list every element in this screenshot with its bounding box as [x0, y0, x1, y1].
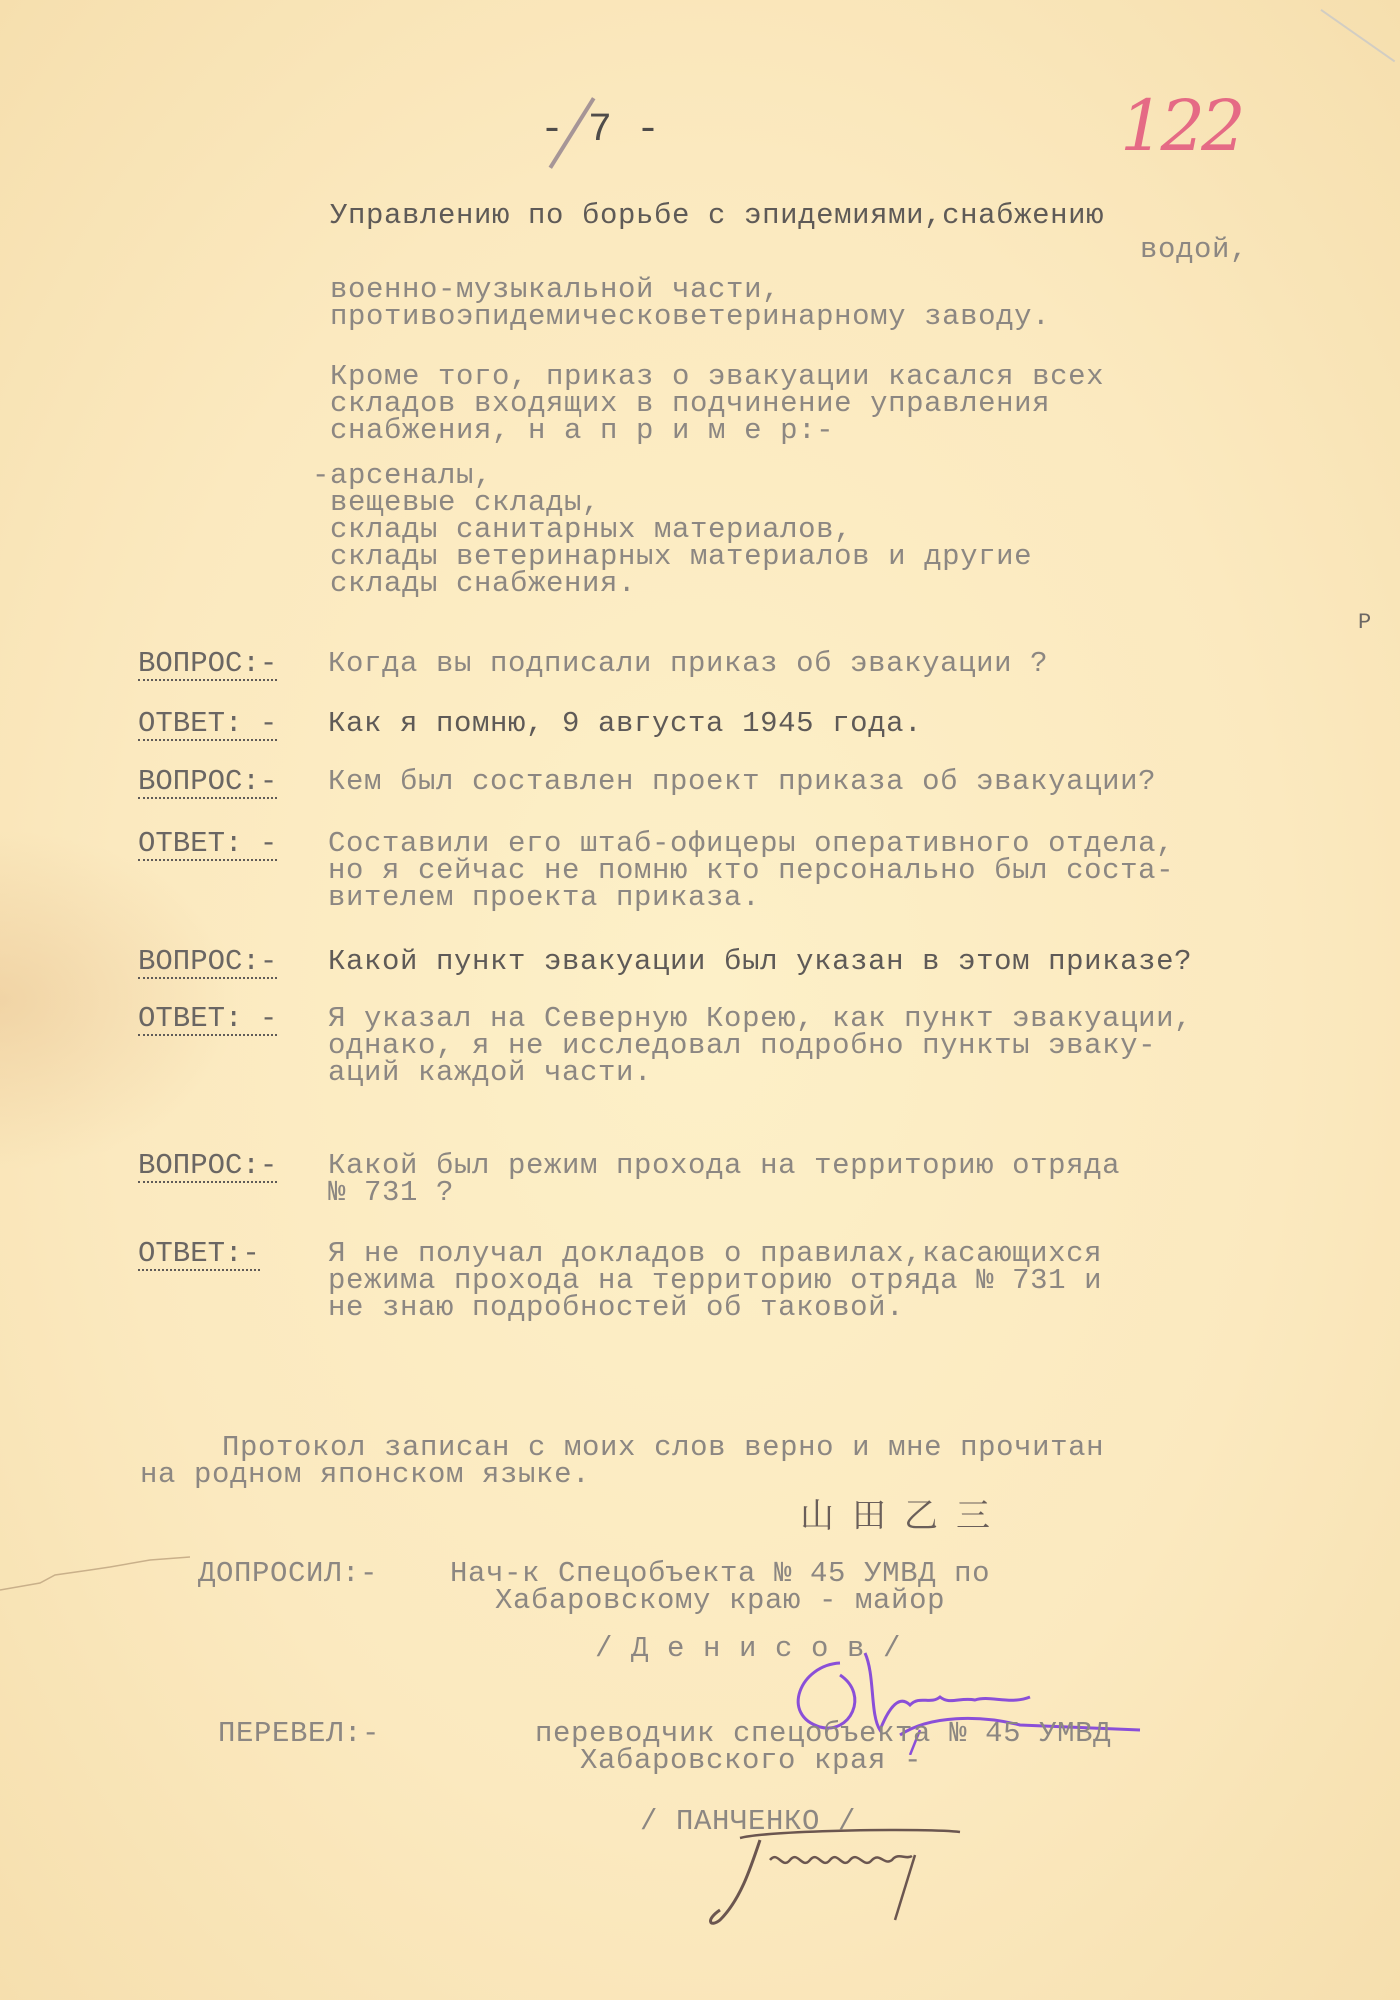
paragraph-line: снабжения, н а п р и м е р:- — [330, 417, 834, 445]
intro-line: Управлению по борьбе с эпидемиями,снабже… — [330, 202, 1104, 230]
question-text: Когда вы подписали приказ об эвакуации ? — [328, 650, 1048, 678]
translator-signature — [700, 1820, 990, 1930]
intro-line: водой, — [1140, 236, 1248, 264]
answer-text: Как я помню, 9 августа 1945 года. — [328, 710, 922, 738]
closing-line: на родном японском языке. — [140, 1461, 590, 1489]
answer-label: ОТВЕТ: - — [138, 830, 277, 861]
question-label: ВОПРОС:- — [138, 650, 277, 681]
translator-label: ПЕРЕВЕЛ:- — [218, 1720, 380, 1748]
answer-label: ОТВЕТ: - — [138, 1005, 277, 1036]
japanese-signature: 山田乙三 — [800, 1488, 1008, 1537]
answer-label: ОТВЕТ:- — [138, 1240, 260, 1271]
question-label: ВОПРОС:- — [138, 948, 277, 979]
answer-text: вителем проекта приказа. — [328, 884, 760, 912]
page-number: - 7 - — [540, 108, 660, 153]
paper-crack — [0, 1555, 190, 1595]
question-text: № 731 ? — [328, 1179, 454, 1207]
answer-text: аций каждой части. — [328, 1059, 652, 1087]
corner-fold — [1320, 0, 1400, 62]
answer-label: ОТВЕТ: - — [138, 710, 277, 741]
question-text: Кем был составлен проект приказа об эвак… — [328, 768, 1156, 796]
question-label: ВОПРОС:- — [138, 1152, 277, 1183]
margin-mark: Р — [1358, 610, 1371, 635]
question-label: ВОПРОС:- — [138, 768, 277, 799]
interrogator-line: Хабаровскому краю - майор — [495, 1587, 945, 1615]
interrogator-label: ДОПРОСИЛ:- — [198, 1560, 378, 1588]
list-item: склады снабжения. — [330, 570, 636, 598]
intro-line: противоэпидемическоветеринарному заводу. — [330, 303, 1050, 331]
question-text: Какой пункт эвакуации был указан в этом … — [328, 948, 1192, 976]
translator-line: Хабаровского края - — [580, 1747, 922, 1775]
answer-text: не знаю подробностей об таковой. — [328, 1294, 904, 1322]
archive-folio-number: 122 — [1120, 85, 1242, 167]
